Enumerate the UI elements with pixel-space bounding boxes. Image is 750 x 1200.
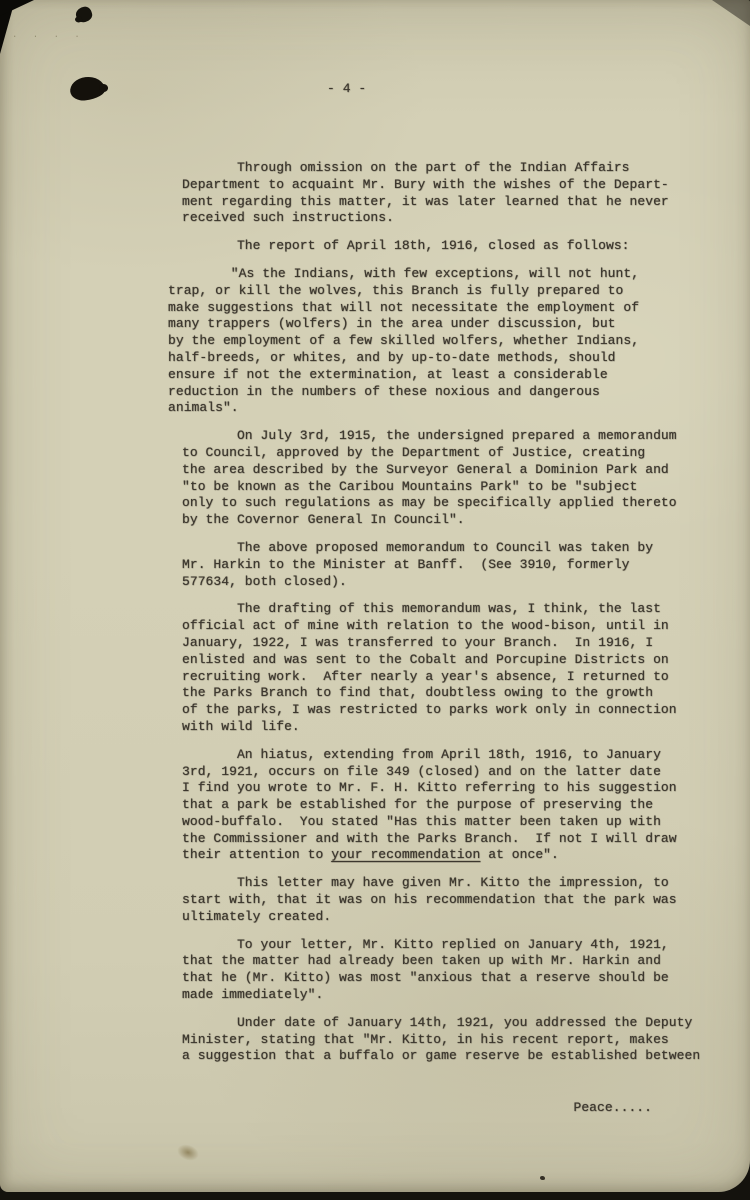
paragraph-harkin-banff: The above proposed memorandum to Council… — [182, 540, 668, 590]
paragraph-deputy-minister: Under date of January 14th, 1921, you ad… — [182, 1015, 668, 1065]
scanned-document-page: { "colors": { "paper": "#d4d0b6", "ink":… — [0, 0, 750, 1200]
ink-blot-large — [69, 75, 107, 102]
paragraph-hiatus-post: at once". — [480, 847, 559, 862]
underlined-phrase: your recommendation — [331, 847, 480, 862]
paragraph-hiatus-pre: An hiatus, extending from April 18th, 19… — [182, 747, 677, 863]
paper-sheet: - 4 - Through omission on the part of th… — [0, 0, 750, 1192]
ink-blot-small — [74, 5, 93, 23]
paragraph-omission: Through omission on the part of the Indi… — [182, 160, 668, 227]
paragraph-report-intro: The report of April 18th, 1916, closed a… — [182, 238, 668, 255]
catchword: Peace..... — [182, 1100, 668, 1117]
paragraph-kitto-reply: To your letter, Mr. Kitto replied on Jan… — [182, 937, 668, 1004]
paragraph-drafting: The drafting of this memorandum was, I t… — [182, 601, 668, 735]
paper-stain — [175, 1142, 201, 1164]
paragraph-impression: This letter may have given Mr. Kitto the… — [182, 875, 668, 925]
faint-specks: . . . . — [12, 30, 85, 40]
page-number: - 4 - — [327, 81, 366, 98]
paragraph-memorandum: On July 3rd, 1915, the undersigned prepa… — [182, 428, 668, 529]
document-body: Through omission on the part of the Indi… — [182, 160, 668, 1117]
corner-shadow-top-right — [712, 0, 750, 26]
ink-speck — [540, 1176, 545, 1180]
paragraph-hiatus: An hiatus, extending from April 18th, 19… — [182, 747, 668, 865]
corner-shadow-top-left-edge — [0, 0, 34, 16]
paragraph-quoted-report: "As the Indians, with few exceptions, wi… — [168, 266, 668, 417]
